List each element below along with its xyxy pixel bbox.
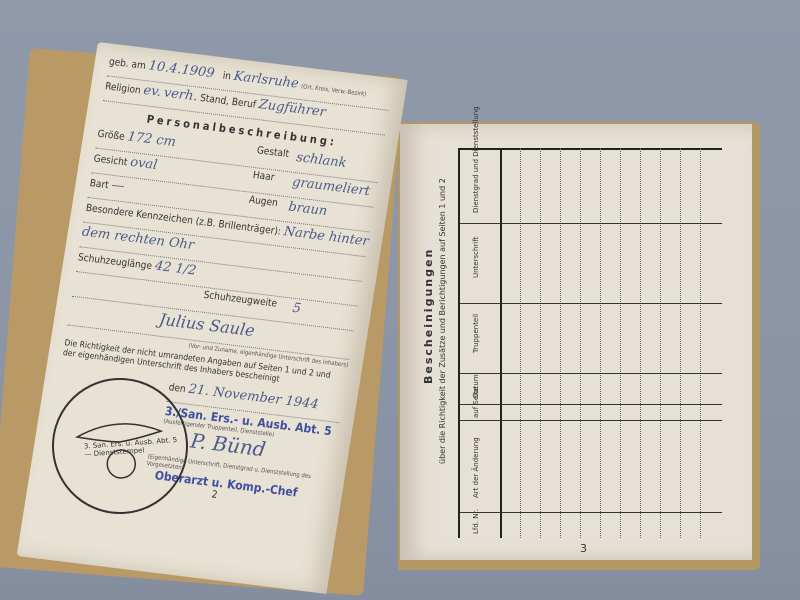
shoe-length-value: 42 1/2: [154, 259, 198, 279]
shoe-width-value: 5: [291, 301, 302, 317]
right-page-subtitle: über die Richtigkeit der Zusätze und Ber…: [438, 178, 447, 464]
birth-place-label: in: [222, 71, 232, 83]
hair-label: Haar: [252, 170, 275, 183]
religion-value: ev.: [142, 83, 162, 100]
eyes-value: braun: [287, 200, 328, 220]
occupation-label: Stand, Beruf: [199, 93, 256, 111]
birth-place-hint: (Ort, Kreis, Verw.-Bezirk): [301, 83, 367, 98]
right-page-title: Bescheinigungen: [422, 248, 435, 384]
col-dienstgrad: Dienstgrad und Dienststellung: [472, 106, 480, 213]
birth-place: Karlsruhe: [233, 69, 300, 92]
face-label: Gesicht: [93, 153, 128, 168]
birth-label: geb. am: [108, 57, 146, 72]
build-label: Gestalt: [256, 145, 290, 160]
beard-value: —: [110, 178, 125, 194]
col-lfd-nr: Lfd. Nr.: [472, 509, 480, 534]
face-value: oval: [129, 155, 158, 173]
beard-label: Bart: [89, 178, 109, 191]
col-art: Art der Änderung: [472, 437, 480, 498]
shoe-length-label: Schuhzeuglänge: [77, 252, 153, 272]
religion-label: Religion: [104, 81, 141, 96]
col-truppenteil: Truppenteil: [472, 314, 480, 353]
marital-value: verh.: [163, 86, 199, 105]
page-number-right: 3: [580, 542, 587, 555]
date-label: den: [168, 382, 187, 395]
eyes-label: Augen: [248, 195, 278, 209]
col-datum: Datum: [472, 374, 480, 398]
build-value: schlank: [295, 150, 347, 171]
birth-date: 10.4.1909: [147, 58, 215, 81]
col-unterschrift: Unterschrift: [472, 237, 480, 278]
height-value: 172 cm: [126, 129, 177, 150]
height-label: Größe: [97, 129, 126, 143]
right-page: Bescheinigungen über die Richtigkeit der…: [400, 124, 752, 560]
certifications-table: Lfd. Nr. Art der Änderung auf Seite Datu…: [458, 148, 722, 538]
